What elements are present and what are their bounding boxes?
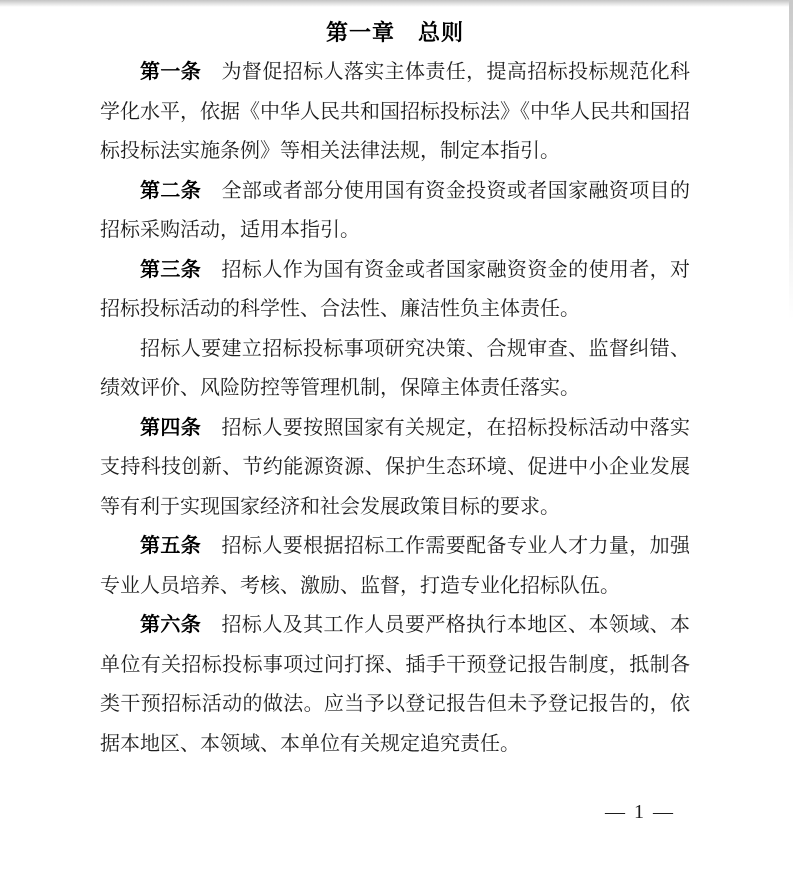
page-number: — 1 — [605,799,675,825]
article-label: 第五条 [140,535,222,557]
article-label: 第四条 [140,417,222,439]
scan-top-edge [0,0,793,7]
article-label: 第二条 [140,180,222,202]
article-label: 第六条 [140,614,222,636]
article-label: 第三条 [140,259,222,281]
article-paragraph: 第四条 招标人要按照国家有关规定，在招标投标活动中落实支持科技创新、节约能源资源… [100,409,690,528]
paragraphs: 第一条 为督促招标人落实主体责任，提高招标投标规范化科学化水平，依据《中华人民共… [100,53,690,764]
document-content: 第一章 总则 第一条 为督促招标人落实主体责任，提高招标投标规范化科学化水平，依… [100,13,690,764]
article-label: 第一条 [140,61,222,83]
article-paragraph: 第五条 招标人要根据招标工作需要配备专业人才力量，加强专业人员培养、考核、激励、… [100,527,690,606]
article-paragraph: 第六条 招标人及其工作人员要严格执行本地区、本领域、本单位有关招标投标事项过问打… [100,606,690,764]
chapter-title: 第一章 总则 [100,13,690,53]
scan-right-edge [789,0,793,320]
article-paragraph: 招标人要建立招标投标事项研究决策、合规审查、监督纠错、绩效评价、风险防控等管理机… [100,330,690,409]
article-paragraph: 第二条 全部或者部分使用国有资金投资或者国家融资项目的招标采购活动，适用本指引。 [100,172,690,251]
article-text: 招标人要建立招标投标事项研究决策、合规审查、监督纠错、绩效评价、风险防控等管理机… [100,338,690,400]
article-paragraph: 第三条 招标人作为国有资金或者国家融资资金的使用者，对招标投标活动的科学性、合法… [100,251,690,330]
document-page: 第一章 总则 第一条 为督促招标人落实主体责任，提高招标投标规范化科学化水平，依… [0,0,793,885]
article-paragraph: 第一条 为督促招标人落实主体责任，提高招标投标规范化科学化水平，依据《中华人民共… [100,53,690,172]
